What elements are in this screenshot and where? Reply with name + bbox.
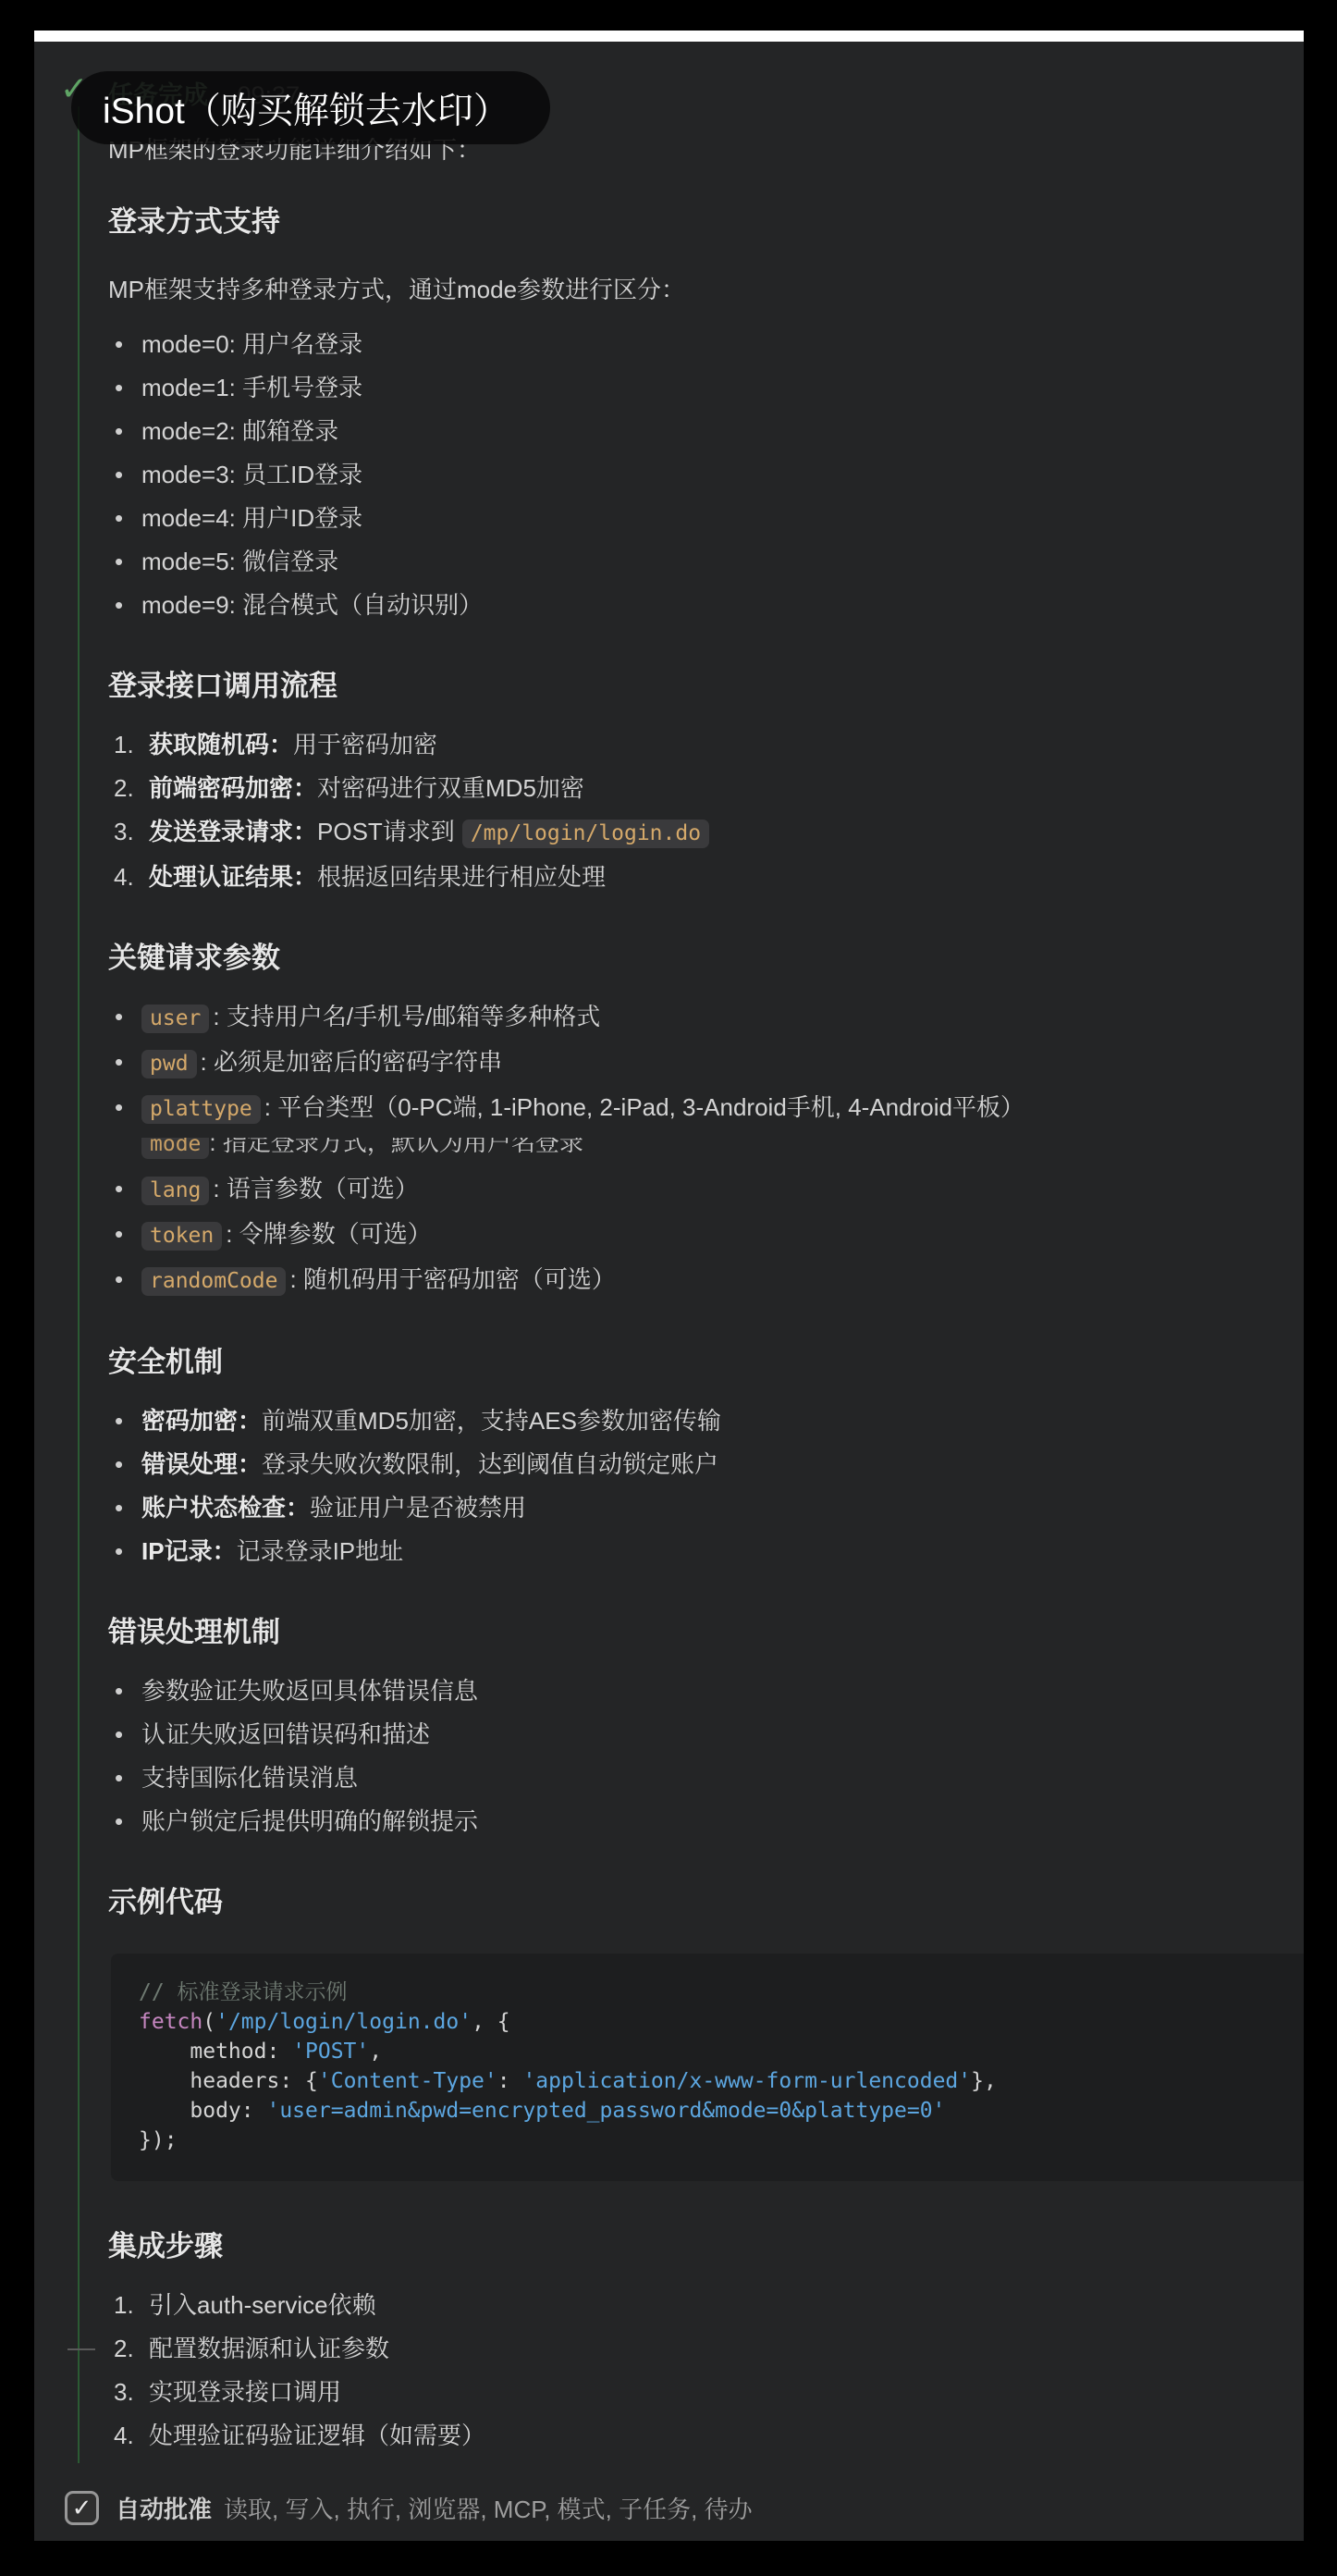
integration-list: 引入auth-service依赖 配置数据源和认证参数 实现登录接口调用 处理验… [108, 2290, 1270, 2451]
param-desc: : 支持用户名/手机号/邮箱等多种格式 [213, 1003, 600, 1030]
flow-list: 获取随机码：用于密码加密 前端密码加密：对密码进行双重MD5加密 发送登录请求：… [108, 730, 1270, 893]
list-item: user: 支持用户名/手机号/邮箱等多种格式 [108, 1002, 1270, 1034]
param-desc: : 语言参数（可选） [213, 1175, 418, 1202]
list-item: 处理验证码验证逻辑（如需要） [108, 2421, 1270, 2451]
list-item: lang: 语言参数（可选） [108, 1174, 1270, 1206]
list-item: 前端密码加密：对密码进行双重MD5加密 [108, 773, 1270, 804]
section-title-example: 示例代码 [108, 1883, 1270, 1922]
code-block: // 标准登录请求示例 fetch('/mp/login/login.do', … [111, 1954, 1304, 2181]
section-title-errors: 错误处理机制 [108, 1613, 1270, 1652]
code-line: fetch('/mp/login/login.do', { [139, 2007, 1282, 2037]
list-item: 账户状态检查：验证用户是否被禁用 [108, 1493, 1270, 1523]
list-item: mode=4: 用户ID登录 [108, 503, 1270, 534]
section-title-login-modes: 登录方式支持 [108, 203, 1270, 241]
auto-approve-checkbox[interactable]: ✓ [65, 2491, 99, 2525]
auto-approve-bar: ✓ 自动批准 读取, 写入, 执行, 浏览器, MCP, 模式, 子任务, 待办 [65, 2489, 753, 2526]
inline-code-param: plattype [141, 1095, 261, 1124]
list-item: 认证失败返回错误码和描述 [108, 1719, 1270, 1750]
code-function: fetch [139, 2010, 202, 2034]
list-item: mode=3: 员工ID登录 [108, 460, 1270, 490]
security-desc: 前端双重MD5加密，支持AES参数加密传输 [262, 1407, 721, 1435]
login-modes-list: mode=0: 用户名登录 mode=1: 手机号登录 mode=2: 邮箱登录… [108, 329, 1270, 621]
chat-panel: ✓ 任务完成 09:37 MP框架的登录功能详细介绍如下： iShot（购买解锁… [34, 42, 1304, 2541]
window-top-strip [34, 31, 1304, 42]
list-item: 获取随机码：用于密码加密 [108, 730, 1270, 760]
param-desc: : 必须是加密后的密码字符串 [201, 1048, 502, 1076]
auto-approve-label[interactable]: 自动批准 [116, 2491, 212, 2525]
section-title-flow: 登录接口调用流程 [108, 667, 1270, 706]
code-punct: }); [139, 2128, 178, 2152]
list-item: 账户锁定后提供明确的解锁提示 [108, 1806, 1270, 1837]
flow-step-desc: 对密码进行双重MD5加密 [317, 774, 584, 802]
flow-step-desc: POST请求到 [317, 818, 455, 845]
inline-code-param: user [141, 1005, 209, 1033]
list-item: pwd: 必须是加密后的密码字符串 [108, 1047, 1270, 1079]
code-punct: }, [971, 2069, 997, 2093]
list-item: token: 令牌参数（可选） [108, 1219, 1270, 1251]
code-line: body: 'user=admin&pwd=encrypted_password… [139, 2096, 1282, 2126]
flow-step-label: 获取随机码： [149, 731, 293, 758]
auto-approve-permissions: 读取, 写入, 执行, 浏览器, MCP, 模式, 子任务, 待办 [224, 2491, 753, 2525]
code-line: headers: {'Content-Type': 'application/x… [139, 2066, 1282, 2096]
code-line: method: 'POST', [139, 2037, 1282, 2066]
code-line: }); [139, 2126, 1282, 2155]
code-punct: method: [139, 2040, 292, 2064]
list-item: 支持国际化错误消息 [108, 1763, 1270, 1793]
inline-code-param: randomCode [141, 1267, 286, 1296]
code-punct: , [369, 2040, 382, 2064]
list-item: mode=1: 手机号登录 [108, 373, 1270, 403]
security-label: 密码加密： [141, 1407, 262, 1435]
code-string: 'POST' [292, 2040, 369, 2064]
section-title-integration: 集成步骤 [108, 2227, 1270, 2266]
list-item: mode=2: 邮箱登录 [108, 416, 1270, 447]
task-complete-check-icon: ✓ [60, 69, 88, 108]
list-item: mode=5: 微信登录 [108, 547, 1270, 577]
list-item: IP记录：记录登录IP地址 [108, 1536, 1270, 1567]
inline-code-param: mode [141, 1138, 209, 1159]
login-modes-intro: MP框架支持多种登录方式，通过mode参数进行区分： [108, 275, 1270, 305]
response-content: 登录方式支持 MP框架支持多种登录方式，通过mode参数进行区分： mode=0… [108, 160, 1270, 2464]
flow-step-desc: 用于密码加密 [293, 731, 437, 758]
checkbox-check-icon: ✓ [72, 2494, 92, 2522]
code-string: 'application/x-www-form-urlencoded' [522, 2069, 971, 2093]
list-item-clipped: mode: 指定登录方式，默认为用户名登录 [108, 1138, 1270, 1161]
list-item: plattype: 平台类型（0-PC端, 1-iPhone, 2-iPad, … [108, 1092, 1270, 1125]
code-line: // 标准登录请求示例 [139, 1978, 1282, 2007]
list-item: 密码加密：前端双重MD5加密，支持AES参数加密传输 [108, 1406, 1270, 1436]
code-punct: : [497, 2069, 523, 2093]
flow-step-label: 前端密码加密： [149, 774, 317, 802]
inline-code-endpoint: /mp/login/login.do [462, 820, 709, 848]
flow-step-label: 发送登录请求： [149, 818, 317, 845]
list-item: mode=9: 混合模式（自动识别） [108, 590, 1270, 621]
code-punct: headers: { [139, 2069, 318, 2093]
security-label: IP记录： [141, 1537, 237, 1565]
param-desc: : 指定登录方式，默认为用户名登录 [209, 1138, 583, 1156]
task-thread-line [78, 106, 80, 2463]
list-item: mode=0: 用户名登录 [108, 329, 1270, 360]
inline-code-param: lang [141, 1177, 209, 1205]
security-label: 错误处理： [141, 1450, 262, 1478]
code-punct: ( [202, 2010, 215, 2034]
code-punct: body: [139, 2099, 266, 2123]
security-label: 账户状态检查： [141, 1494, 310, 1522]
list-item: 处理认证结果：根据返回结果进行相应处理 [108, 862, 1270, 893]
list-item: 引入auth-service依赖 [108, 2290, 1270, 2321]
inline-code-param: token [141, 1222, 222, 1251]
security-desc: 登录失败次数限制，达到阈值自动锁定账户 [262, 1450, 718, 1478]
list-item: 配置数据源和认证参数 [108, 2334, 1270, 2364]
list-item: 错误处理：登录失败次数限制，达到阈值自动锁定账户 [108, 1449, 1270, 1480]
section-title-security: 安全机制 [108, 1343, 1270, 1382]
list-item: 发送登录请求：POST请求到/mp/login/login.do [108, 817, 1270, 849]
inline-code-param: pwd [141, 1050, 197, 1078]
ishot-watermark-pill: iShot（购买解锁去水印） [71, 71, 550, 144]
params-list: user: 支持用户名/手机号/邮箱等多种格式 pwd: 必须是加密后的密码字符… [108, 1002, 1270, 1297]
flow-step-label: 处理认证结果： [149, 863, 317, 891]
param-desc: : 令牌参数（可选） [226, 1220, 431, 1248]
code-string: '/mp/login/login.do' [215, 2010, 472, 2034]
code-string: 'user=admin&pwd=encrypted_password&mode=… [266, 2099, 945, 2123]
list-item: 参数验证失败返回具体错误信息 [108, 1676, 1270, 1707]
list-item: randomCode: 随机码用于密码加密（可选） [108, 1264, 1270, 1297]
param-desc: : 平台类型（0-PC端, 1-iPhone, 2-iPad, 3-Androi… [264, 1093, 1024, 1121]
security-desc: 验证用户是否被禁用 [310, 1494, 526, 1522]
code-string: 'Content-Type' [318, 2069, 497, 2093]
flow-step-desc: 根据返回结果进行相应处理 [317, 863, 606, 891]
section-title-params: 关键请求参数 [108, 939, 1270, 978]
param-desc: : 随机码用于密码加密（可选） [289, 1265, 615, 1293]
screenshot-stage: ✓ 任务完成 09:37 MP框架的登录功能详细介绍如下： iShot（购买解锁… [0, 0, 1337, 2576]
code-punct: , { [472, 2010, 510, 2034]
security-desc: 记录登录IP地址 [237, 1537, 404, 1565]
security-list: 密码加密：前端双重MD5加密，支持AES参数加密传输 错误处理：登录失败次数限制… [108, 1406, 1270, 1567]
list-item: 实现登录接口调用 [108, 2377, 1270, 2408]
thread-divider-tick [67, 2348, 95, 2350]
code-comment: // 标准登录请求示例 [139, 1980, 348, 2004]
errors-list: 参数验证失败返回具体错误信息 认证失败返回错误码和描述 支持国际化错误消息 账户… [108, 1676, 1270, 1837]
